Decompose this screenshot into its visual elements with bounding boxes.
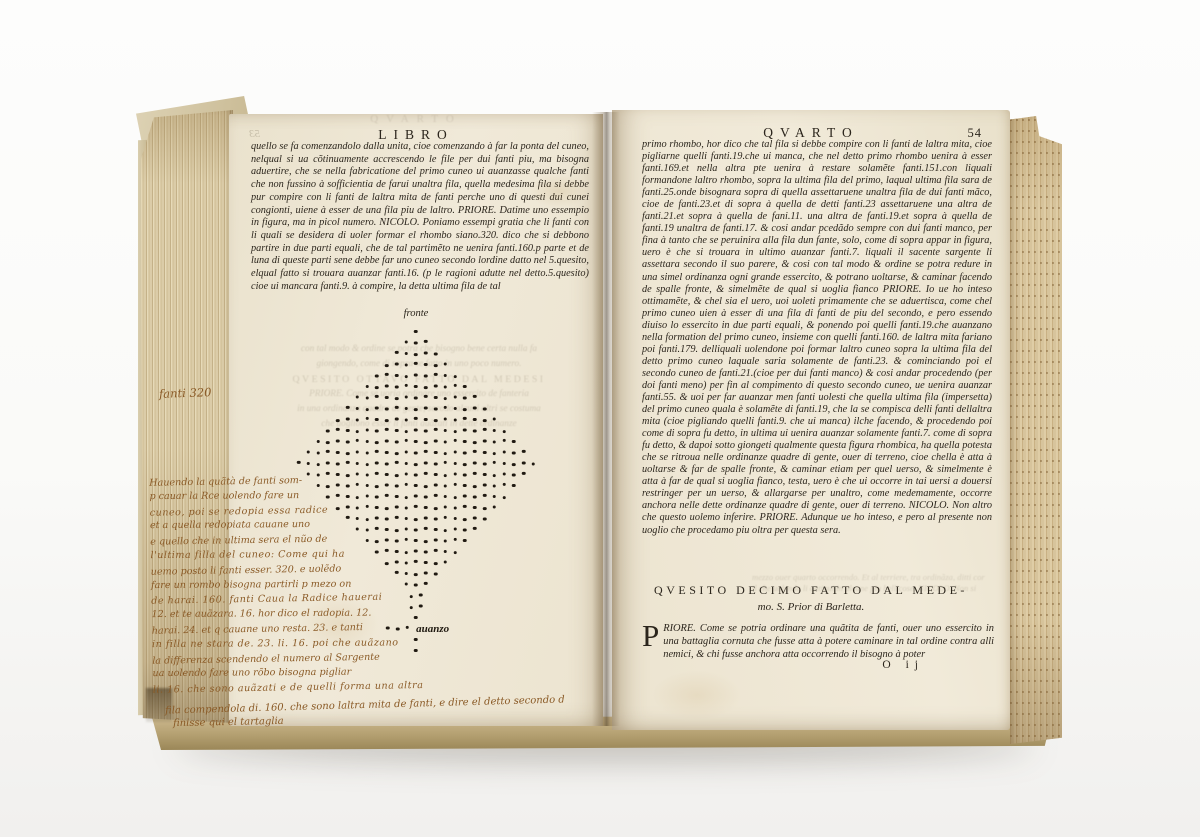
figure-dot (453, 407, 457, 411)
figure-dot (463, 528, 467, 532)
figure-dot (434, 462, 438, 466)
figure-dot (434, 373, 438, 377)
figure-dot (395, 417, 399, 421)
figure-dot (473, 506, 477, 510)
drop-cap-P: P (642, 622, 663, 649)
figure-dot (453, 395, 457, 399)
figure-dot (453, 462, 457, 466)
figure-dot (404, 439, 408, 443)
figure-dot (356, 395, 360, 399)
figure-dot (404, 363, 408, 367)
figure-dot (326, 429, 330, 433)
bleed-through-page-number: 53 (249, 128, 260, 140)
figure-dot (463, 484, 467, 488)
figure-row (294, 458, 539, 469)
figure-dot (512, 440, 516, 444)
figure-dot (444, 429, 448, 433)
figure-dot (395, 440, 399, 444)
figure-dot (365, 385, 369, 389)
figure-dot (356, 418, 360, 422)
priore-paragraph: PRIORE. Come se potria ordinare una quãt… (642, 622, 994, 661)
figure-dot (346, 406, 350, 410)
fronte-word: fronte (229, 308, 603, 319)
figure-dot (473, 418, 477, 422)
right-page-body-text: primo rhombo, hor dico che tal fila si d… (642, 139, 992, 537)
figure-dot (444, 385, 448, 389)
figure-dot (463, 473, 467, 477)
figure-dot (502, 450, 506, 454)
marginal-annotation-last-line: finisse qui el tartaglia (173, 716, 284, 729)
figure-dot (307, 462, 311, 466)
figure-dot (502, 496, 506, 500)
paper-stain (652, 670, 742, 720)
figure-dot (356, 450, 360, 454)
figure-dot (385, 419, 389, 423)
figure-row (294, 414, 539, 425)
marginal-annotation-line: ua uolendo fare uno rõbo bisogna pigliar (153, 665, 463, 682)
figure-row (294, 425, 539, 436)
figure-dot (492, 429, 496, 433)
marginal-annotation-line: 12. et te auãzara. 16. hor dico el radop… (151, 606, 461, 623)
figure-dot (395, 362, 399, 366)
figure-dot (385, 451, 389, 455)
figure-dot (463, 539, 467, 543)
figure-dot (395, 397, 399, 401)
figure-dot (414, 385, 418, 389)
figure-dot (365, 396, 369, 400)
figure-dot (483, 507, 487, 511)
figure-dot (424, 406, 428, 410)
figure-dot (375, 374, 379, 378)
figure-dot (404, 430, 408, 434)
figure-dot (444, 452, 448, 456)
figure-dot (414, 451, 418, 455)
figure-dot (424, 386, 428, 390)
figure-dot (365, 408, 369, 412)
figure-dot (414, 341, 418, 345)
figure-dot (483, 407, 487, 411)
figure-dot (404, 450, 408, 454)
figure-dot (385, 462, 389, 466)
figure-dot (483, 451, 487, 455)
figure-dot (463, 417, 467, 421)
figure-dot (453, 384, 457, 388)
figure-dot (307, 450, 311, 454)
figure-dot (414, 353, 418, 357)
figure-dot (385, 396, 389, 400)
figure-dot (395, 429, 399, 433)
figure-dot (483, 419, 487, 423)
figure-dot (434, 352, 438, 356)
figure-dot (453, 439, 457, 443)
figure-dot (375, 429, 379, 433)
figure-dot (414, 417, 418, 421)
figure-dot (424, 450, 428, 454)
marginal-annotation-line: in filla ne stara de. 23. li. 16. poi ch… (152, 636, 462, 653)
figure-dot (444, 440, 448, 444)
figure-dot (463, 451, 467, 455)
figure-dot (502, 462, 506, 466)
figure-dot (512, 473, 516, 477)
figure-dot (385, 439, 389, 443)
figure-dot (414, 428, 418, 432)
figure-dot (385, 373, 389, 377)
figure-dot (434, 419, 438, 423)
figure-dot (356, 439, 360, 443)
figure-dot (404, 375, 408, 379)
figure-dot (395, 374, 399, 378)
figure-dot (365, 463, 369, 467)
figure-dot (444, 374, 448, 378)
figure-dot (424, 395, 428, 399)
figure-dot (375, 461, 379, 465)
figure-dot (365, 428, 369, 432)
figure-dot (453, 450, 457, 454)
figure-dot (326, 450, 330, 454)
figure-dot (473, 429, 477, 433)
figure-dot (463, 408, 467, 412)
figure-dot (434, 364, 438, 368)
figure-dot (434, 384, 438, 388)
figure-dot (473, 441, 477, 445)
photo-backdrop: 53 QVARTO LIBRO quello se fa comenzandol… (0, 0, 1200, 837)
figure-dot (463, 428, 467, 432)
figure-dot (414, 330, 418, 334)
figure-dot (336, 428, 340, 432)
figure-dot (336, 419, 340, 423)
figure-dot (434, 396, 438, 400)
figure-dot (473, 472, 477, 476)
figure-dot (424, 429, 428, 433)
figure-dot (356, 407, 360, 411)
marginal-annotation-line: p cauar la Rce uolendo fare un (149, 488, 459, 505)
gutter-shadow (592, 112, 620, 726)
marginal-annotation-line: fare un rombo bisogna partirli p mezo on (151, 576, 461, 593)
figure-dot (492, 452, 496, 456)
figure-dot (502, 439, 506, 443)
figure-row (294, 403, 539, 414)
figure-dot (473, 495, 477, 499)
bleed-through-running-head: QVARTO (229, 113, 603, 125)
figure-dot (473, 527, 477, 531)
figure-dot (424, 441, 428, 445)
right-page: QVARTO 54 primo rhombo, hor dico che tal… (612, 110, 1010, 730)
figure-dot (522, 450, 526, 454)
marginal-annotation-line: l'ultima filla del cuneo: Come qui ha (150, 547, 460, 564)
figure-dot (483, 517, 487, 521)
figure-dot (444, 461, 448, 465)
figure-dot (444, 417, 448, 421)
figure-dot (463, 440, 467, 444)
figure-dot (346, 452, 350, 456)
priore-paragraph-text: RIORE. Come se potria ordinare una quãti… (663, 623, 994, 660)
figure-dot (424, 418, 428, 422)
figure-dot (395, 385, 399, 389)
figure-row (294, 370, 539, 381)
figure-dot (385, 364, 389, 368)
figure-dot (424, 461, 428, 465)
left-page-body-text: quello se fa comenzandolo dalla unita, c… (251, 141, 589, 293)
figure-dot (365, 417, 369, 421)
figure-dot (395, 351, 399, 355)
figure-row (294, 447, 539, 458)
figure-dot (414, 440, 418, 444)
right-fore-edge (1008, 116, 1062, 744)
figure-dot (512, 463, 516, 467)
figure-dot (473, 395, 477, 399)
figure-dot (483, 473, 487, 477)
figure-row (294, 392, 539, 403)
figure-dot (424, 351, 428, 355)
figure-dot (492, 505, 496, 509)
figure-dot (316, 440, 320, 444)
figure-dot (483, 462, 487, 466)
left-page: 53 QVARTO LIBRO quello se fa comenzandol… (229, 114, 603, 726)
figure-dot (336, 462, 340, 466)
figure-dot (404, 352, 408, 356)
figure-dot (375, 395, 379, 399)
figure-dot (463, 396, 467, 400)
figure-dot (404, 340, 408, 344)
figure-dot (395, 461, 399, 465)
figure-dot (532, 462, 536, 466)
figure-dot (375, 386, 379, 390)
figure-dot (365, 451, 369, 455)
figure-dot (365, 440, 369, 444)
figure-dot (297, 461, 301, 465)
figure-dot (434, 428, 438, 432)
figure-dot (492, 461, 496, 465)
figure-dot (404, 395, 408, 399)
figure-dot (473, 406, 477, 410)
figure-dot (444, 362, 448, 366)
figure-dot (404, 407, 408, 411)
figure-dot (473, 516, 477, 520)
figure-dot (473, 450, 477, 454)
quesito-subheading: mo. S. Prior di Barletta. (612, 601, 1010, 613)
figure-dot (444, 406, 448, 410)
figure-dot (414, 362, 418, 366)
figure-dot (492, 417, 496, 421)
figure-dot (404, 384, 408, 388)
figure-dot (414, 408, 418, 412)
figure-dot (356, 430, 360, 434)
figure-dot (316, 463, 320, 467)
figure-dot (492, 495, 496, 499)
figure-dot (522, 472, 526, 476)
figure-row (294, 337, 539, 348)
figure-dot (512, 484, 516, 488)
figure-row (294, 326, 539, 337)
marginal-annotation-line: et a quella redopiata cauane uno (150, 517, 460, 534)
figure-dot (375, 441, 379, 445)
figure-dot (385, 407, 389, 411)
figure-dot (463, 505, 467, 509)
figure-dot (434, 407, 438, 411)
figure-dot (385, 384, 389, 388)
figure-dot (336, 451, 340, 455)
figure-dot (502, 472, 506, 476)
figure-dot (395, 406, 399, 410)
figure-dot (434, 439, 438, 443)
figure-dot (346, 461, 350, 465)
bleed-through-line: mezzo ouer quarto occorrendo. Et al terr… (752, 572, 1002, 583)
figure-dot (395, 452, 399, 456)
figure-dot (336, 439, 340, 443)
figure-dot (483, 494, 487, 498)
figure-dot (424, 340, 428, 344)
figure-dot (502, 430, 506, 434)
bleed-through-line: il che uolendo li antiqui in alcune piu … (752, 583, 1002, 594)
figure-dot (522, 461, 526, 465)
figure-dot (502, 483, 506, 487)
figure-dot (375, 406, 379, 410)
marginal-annotation-block: Hauendo la quãtà de fanti som-p cauar la… (149, 471, 463, 698)
figure-row (294, 436, 539, 447)
figure-row (294, 381, 539, 392)
figure-dot (424, 363, 428, 367)
figure-dot (375, 450, 379, 454)
figure-dot (444, 397, 448, 401)
figure-dot (346, 440, 350, 444)
figure-dot (346, 429, 350, 433)
figure-dot (483, 439, 487, 443)
figure-dot (483, 428, 487, 432)
figure-dot (375, 418, 379, 422)
figure-dot (434, 451, 438, 455)
figure-row (294, 359, 539, 370)
marginal-note-fanti-320: fanti 320 (159, 385, 212, 401)
figure-dot (463, 518, 467, 522)
figure-dot (414, 373, 418, 377)
figure-dot (385, 428, 389, 432)
figure-dot (346, 417, 350, 421)
figure-row (294, 348, 539, 359)
bleed-through-text-block: mezzo ouer quarto occorrendo. Et al terr… (752, 572, 1002, 594)
figure-dot (326, 461, 330, 465)
figure-dot (492, 474, 496, 478)
figure-dot (356, 462, 360, 466)
figure-dot (404, 462, 408, 466)
figure-dot (404, 418, 408, 422)
figure-dot (453, 375, 457, 379)
figure-dot (512, 451, 516, 455)
figure-dot (424, 374, 428, 378)
figure-dot (463, 494, 467, 498)
signature-mark: O ij (882, 659, 924, 671)
figure-dot (453, 418, 457, 422)
figure-dot (463, 385, 467, 389)
figure-dot (316, 451, 320, 455)
figure-dot (414, 396, 418, 400)
figure-dot (453, 430, 457, 434)
figure-dot (483, 483, 487, 487)
figure-dot (463, 463, 467, 467)
figure-dot (473, 485, 477, 489)
figure-dot (326, 441, 330, 445)
figure-dot (414, 463, 418, 467)
figure-dot (492, 484, 496, 488)
figure-dot (492, 440, 496, 444)
figure-dot (473, 461, 477, 465)
